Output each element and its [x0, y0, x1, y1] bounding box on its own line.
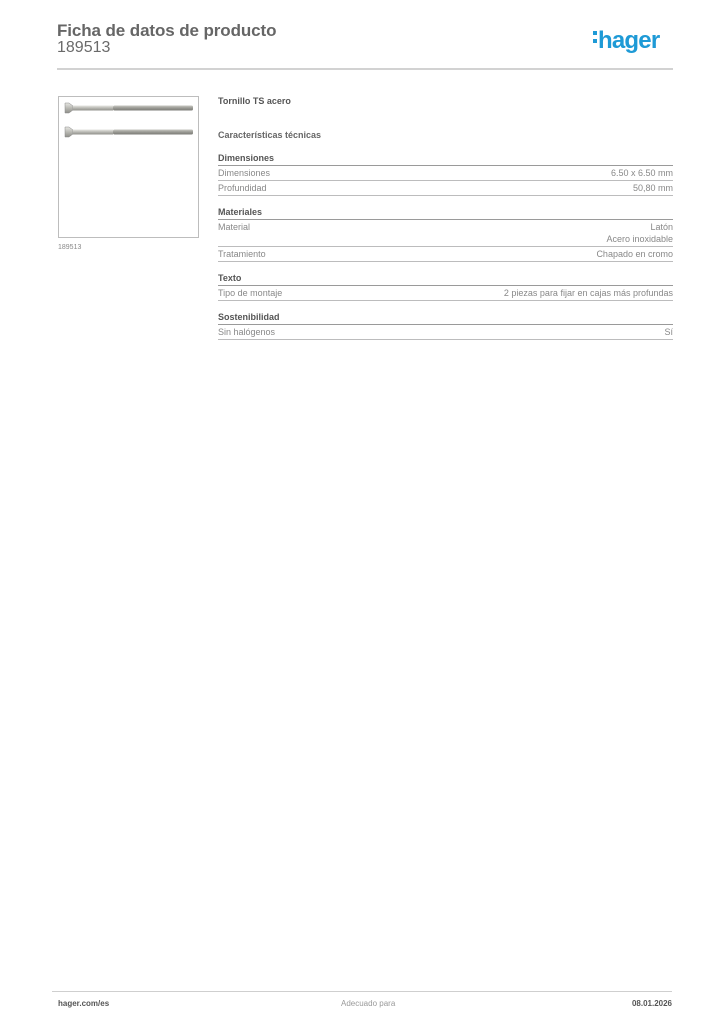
spec-row: Tipo de montaje2 piezas para fijar en ca… — [218, 286, 673, 301]
section-title: Sostenibilidad — [218, 311, 673, 325]
spec-label: Dimensiones — [218, 167, 270, 179]
spec-value-line: 50,80 mm — [633, 182, 673, 194]
spec-label: Tipo de montaje — [218, 287, 282, 299]
spec-value-line: Latón — [606, 221, 673, 233]
spec-value: 6.50 x 6.50 mm — [611, 167, 673, 179]
product-number: 189513 — [57, 39, 110, 57]
spec-label: Tratamiento — [218, 248, 266, 260]
product-image — [58, 96, 199, 238]
spec-value: Chapado en cromo — [596, 248, 673, 260]
spec-value-line: 2 piezas para fijar en cajas más profund… — [504, 287, 673, 299]
footer-divider — [52, 991, 672, 992]
spec-value-line: Sí — [664, 326, 673, 338]
document-title: Ficha de datos de producto — [57, 21, 276, 41]
spec-label: Sin halógenos — [218, 326, 275, 338]
product-details: Tornillo TS acero Características técnic… — [218, 96, 673, 340]
section-title: Materiales — [218, 206, 673, 220]
spec-row: MaterialLatónAcero inoxidable — [218, 220, 673, 247]
spec-label: Material — [218, 221, 250, 245]
spec-row: Sin halógenosSí — [218, 325, 673, 340]
spec-value: 50,80 mm — [633, 182, 673, 194]
footer-date: 08.01.2026 — [632, 999, 672, 1008]
screw-icon — [63, 126, 196, 138]
spec-row: Dimensiones6.50 x 6.50 mm — [218, 166, 673, 181]
logo-text: hager — [598, 27, 659, 54]
section-title: Texto — [218, 272, 673, 286]
spec-row: Profundidad50,80 mm — [218, 181, 673, 196]
spec-value-line: 6.50 x 6.50 mm — [611, 167, 673, 179]
section-title: Dimensiones — [218, 152, 673, 166]
header-divider — [57, 68, 673, 70]
logo-colon-icon — [593, 28, 598, 47]
screw-icon — [63, 102, 196, 114]
spec-sections: DimensionesDimensiones6.50 x 6.50 mmProf… — [218, 152, 673, 340]
hager-logo: hager — [593, 27, 659, 55]
spec-section: TextoTipo de montaje2 piezas para fijar … — [218, 272, 673, 301]
spec-value: Sí — [664, 326, 673, 338]
spec-value: LatónAcero inoxidable — [606, 221, 673, 245]
spec-section: MaterialesMaterialLatónAcero inoxidableT… — [218, 206, 673, 262]
spec-value: 2 piezas para fijar en cajas más profund… — [504, 287, 673, 299]
footer-center-text: Adecuado para — [341, 999, 395, 1008]
product-name: Tornillo TS acero — [218, 96, 673, 108]
image-caption: 189513 — [58, 244, 81, 251]
footer-website[interactable]: hager.com/es — [58, 999, 109, 1008]
spec-section: SostenibilidadSin halógenosSí — [218, 311, 673, 340]
spec-value-line: Chapado en cromo — [596, 248, 673, 260]
spec-value-line: Acero inoxidable — [606, 233, 673, 245]
spec-row: TratamientoChapado en cromo — [218, 247, 673, 262]
spec-label: Profundidad — [218, 182, 267, 194]
specs-title: Características técnicas — [218, 130, 673, 142]
spec-section: DimensionesDimensiones6.50 x 6.50 mmProf… — [218, 152, 673, 196]
